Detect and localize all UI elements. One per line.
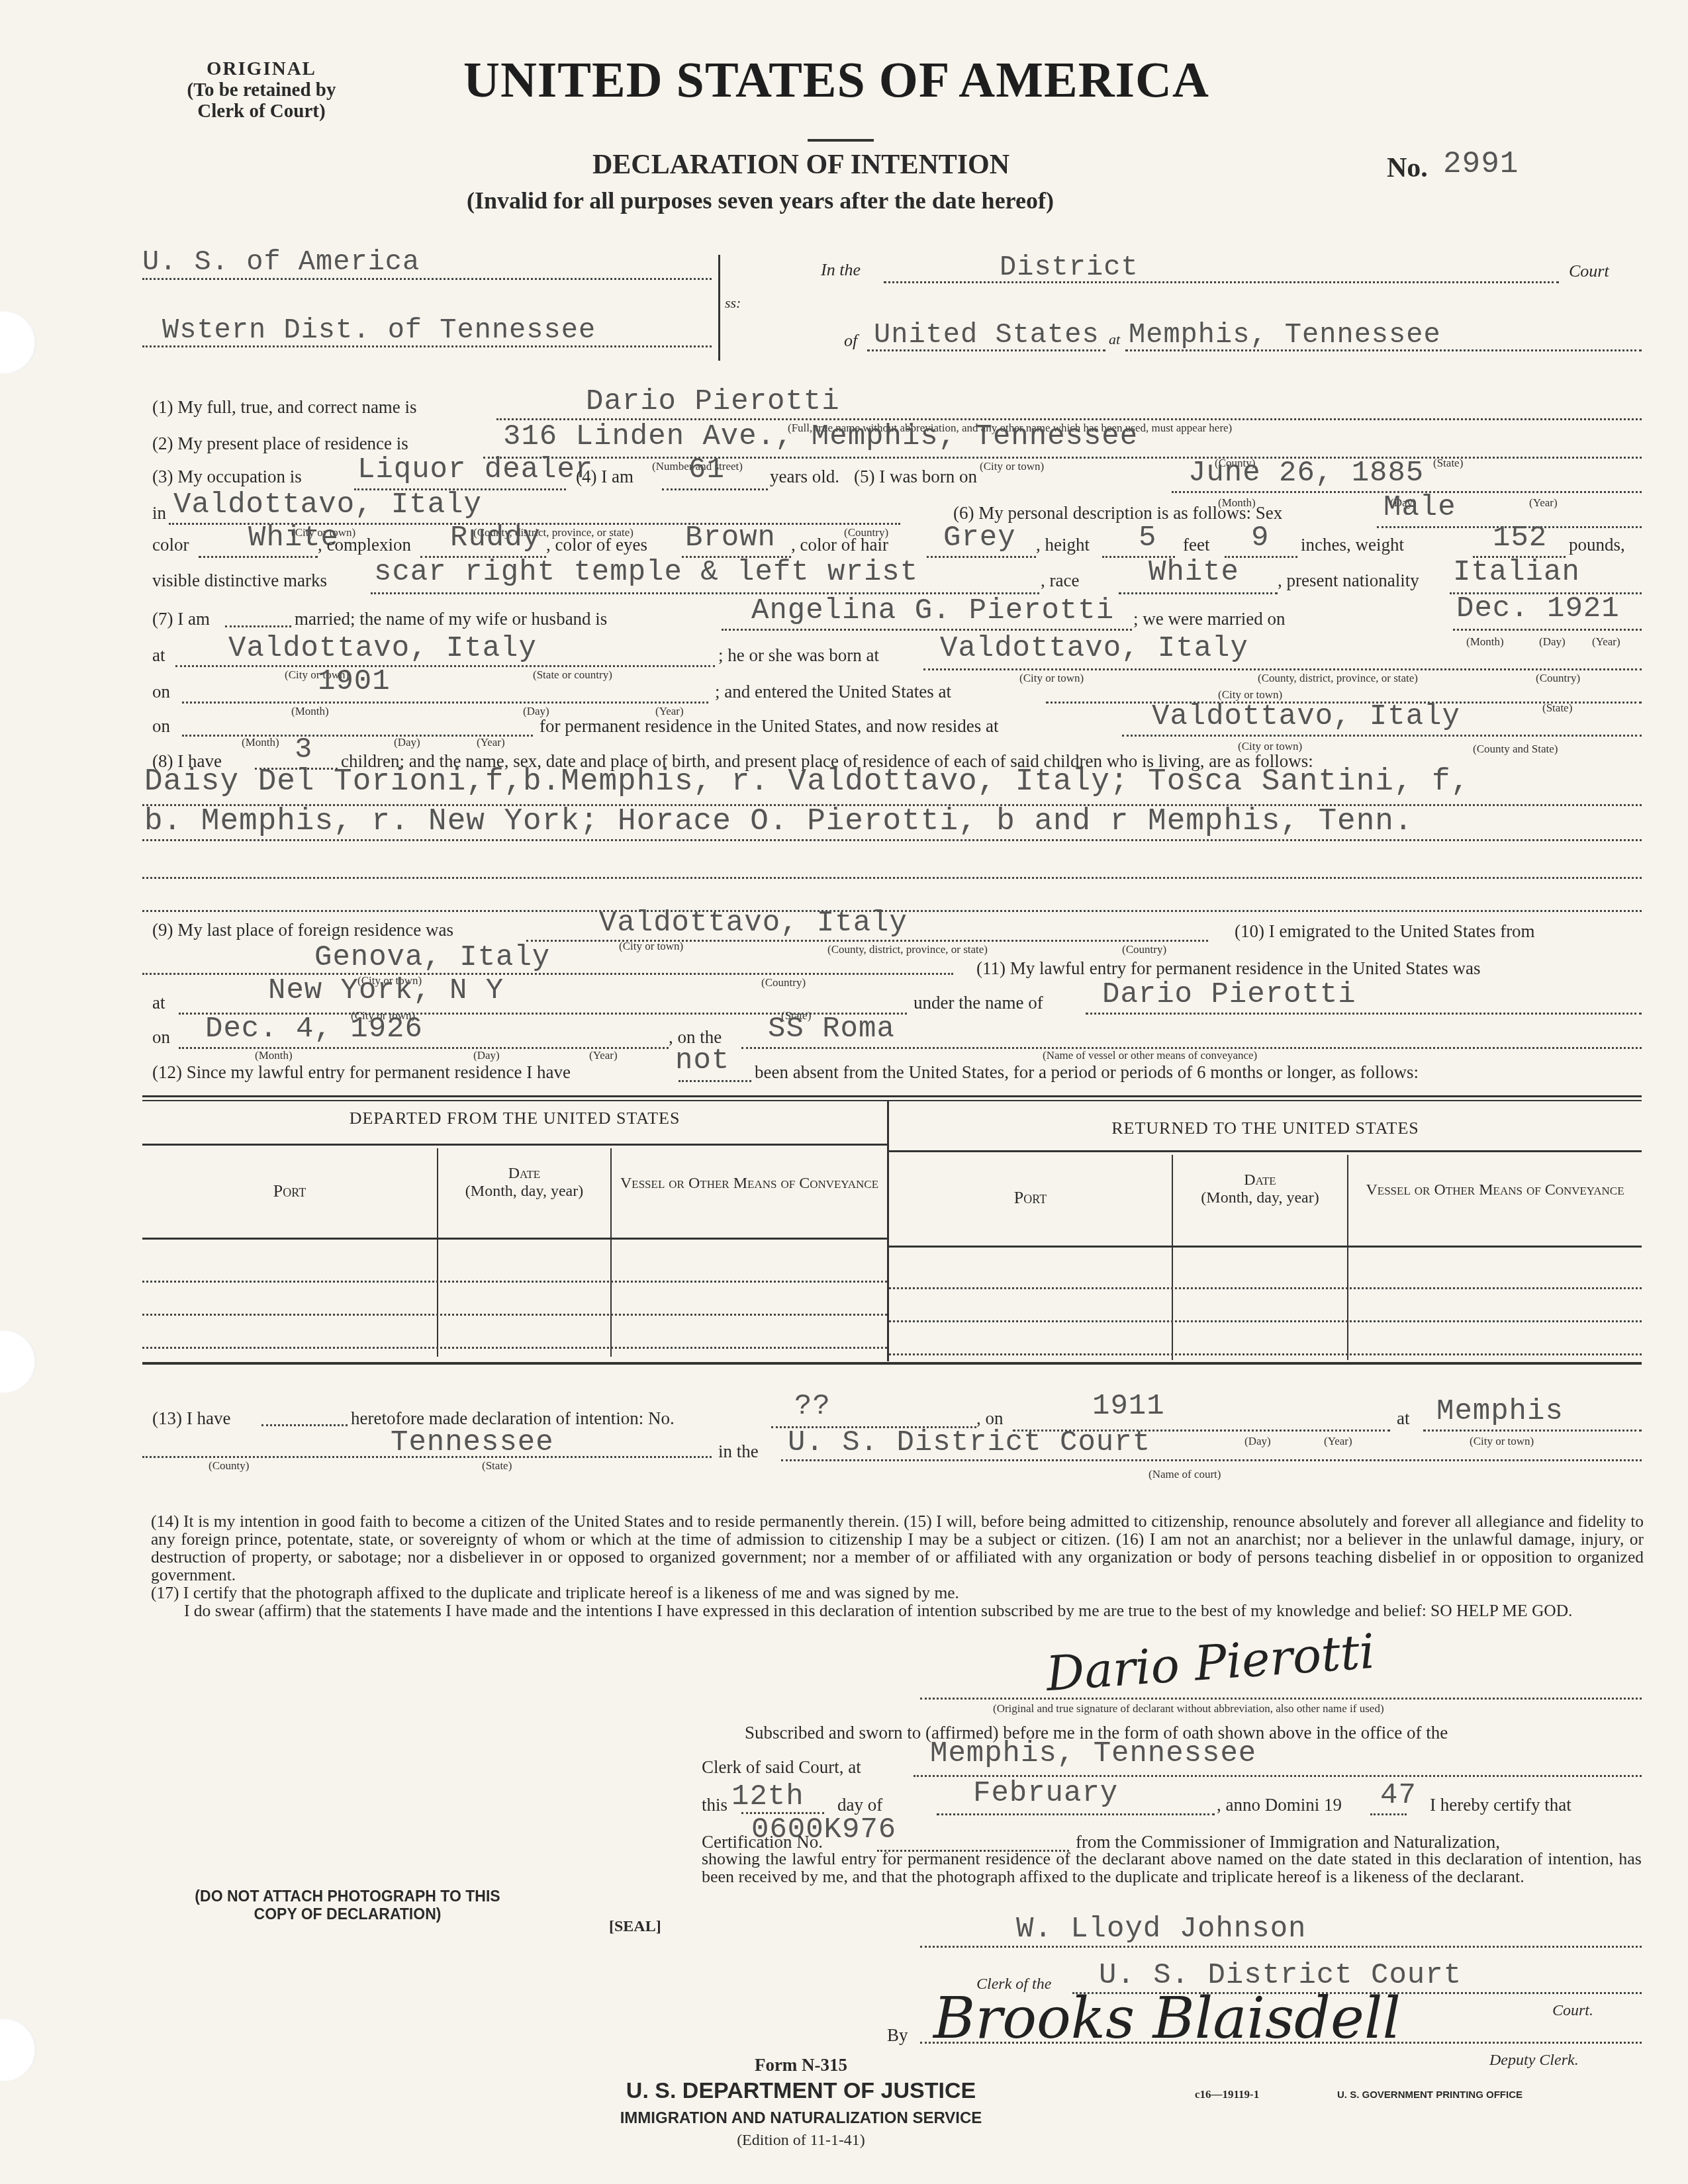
caption: (County, district, province, or state) xyxy=(827,943,988,956)
birth-date: June 26, 1885 xyxy=(1188,457,1424,490)
swear-paragraph: I do swear (affirm) that the statements … xyxy=(151,1602,1644,1619)
q7-married-label: married; the name of my wife or husband … xyxy=(295,609,607,629)
q4-label: (4) I am xyxy=(576,467,633,487)
weight: 152 xyxy=(1493,522,1547,555)
hair-color: Grey xyxy=(943,522,1016,555)
caption: (Day) xyxy=(1244,1435,1271,1448)
eyes-label: , color of eyes xyxy=(546,535,647,555)
form-subtitle: DECLARATION OF INTENTION xyxy=(592,149,1009,181)
validity-note: (Invalid for all purposes seven years af… xyxy=(467,187,1054,214)
number-label: No. xyxy=(1387,152,1428,184)
day-of-label: day of xyxy=(837,1795,882,1815)
sworn-year: 47 xyxy=(1380,1779,1417,1812)
q4-suffix: years old. xyxy=(770,467,839,487)
children-line-1: Daisy Del Torioni,f,b.Memphis, r. Valdot… xyxy=(144,764,1470,799)
certify-label: I hereby certify that xyxy=(1430,1795,1571,1815)
caption: (Year) xyxy=(477,736,505,749)
caption: (Day) xyxy=(473,1049,500,1062)
col-port: Port xyxy=(889,1188,1172,1208)
caption: (City or town) xyxy=(980,460,1044,473)
caption: (State or country) xyxy=(533,668,612,682)
q12-label: (12) Since my lawful entry for permanent… xyxy=(152,1062,571,1083)
caption: (City or town) xyxy=(1470,1435,1534,1448)
photo-note: (DO NOT ATTACH PHOTOGRAPH TO THIS COPY O… xyxy=(142,1888,553,1923)
caption: (State) xyxy=(1433,457,1463,470)
col-date: Date (Month, day, year) xyxy=(1173,1171,1347,1207)
col-port: Port xyxy=(142,1181,437,1201)
children-count: 3 xyxy=(295,733,312,766)
permanent-residence-label: for permanent residence in the United St… xyxy=(539,716,999,737)
punch-hole xyxy=(0,311,36,374)
returned-header: RETURNED TO THE UNITED STATES xyxy=(889,1118,1642,1138)
court-label: Court xyxy=(1569,261,1609,281)
color-label: color xyxy=(152,535,189,555)
entered-label: ; and entered the United States at xyxy=(715,682,951,702)
caption: (Year) xyxy=(1529,496,1558,510)
caption: (Name of vessel or other means of convey… xyxy=(1043,1049,1257,1062)
q1-label: (1) My full, true, and correct name is xyxy=(152,397,417,418)
caption: (Year) xyxy=(1324,1435,1352,1448)
of-label: of xyxy=(844,331,857,351)
caption: (County, district, province, or state) xyxy=(1258,672,1418,685)
sworn-month: February xyxy=(973,1777,1118,1810)
in-the-label: In the xyxy=(821,260,861,280)
spouse-birthplace: Valdottavo, Italy xyxy=(940,632,1248,665)
deputy-clerk-label: Deputy Clerk. xyxy=(1489,2052,1579,2070)
q11-label: (11) My lawful entry for permanent resid… xyxy=(976,958,1481,979)
nationality: Italian xyxy=(1453,556,1580,589)
vessel: SS Roma xyxy=(768,1013,895,1046)
clerk-at-label: Clerk of said Court, at xyxy=(702,1757,861,1778)
spouse-residence: Valdottavo, Italy xyxy=(1152,700,1460,733)
full-name: Dario Pierotti xyxy=(586,385,840,418)
signature-caption: (Original and true signature of declaran… xyxy=(993,1702,1384,1715)
caption: (City or town) xyxy=(1019,672,1084,685)
departed-header: DEPARTED FROM THE UNITED STATES xyxy=(142,1109,887,1128)
venue-country: U. S. of America xyxy=(142,246,420,278)
marriage-place: Valdottavo, Italy xyxy=(228,632,537,665)
pounds-label: pounds, xyxy=(1569,535,1625,555)
spouse-name: Angelina G. Pierotti xyxy=(751,594,1114,627)
in-label: in xyxy=(152,503,166,523)
court-type: District xyxy=(1000,251,1139,283)
q12-label-b: been absent from the United States, for … xyxy=(755,1062,1419,1083)
q7-label: (7) I am xyxy=(152,609,210,629)
height-inches: 9 xyxy=(1251,522,1269,555)
certification-paragraph: showing the lawful entry for permanent r… xyxy=(702,1850,1642,1886)
at-label: at xyxy=(1397,1408,1410,1429)
this-label: this xyxy=(702,1795,727,1815)
prior-declaration-number: ?? xyxy=(794,1390,831,1423)
q5-label: (5) I was born on xyxy=(854,467,977,487)
absent-value: not xyxy=(675,1044,729,1077)
feet-label: feet xyxy=(1183,535,1209,555)
form-footer: Form N-315 U. S. DEPARTMENT OF JUSTICE I… xyxy=(556,2055,1046,2150)
caption: (Year) xyxy=(1592,635,1620,649)
complexion: Ruddy xyxy=(450,522,541,555)
race: White xyxy=(1149,556,1239,589)
emigrated-from: Genova, Italy xyxy=(314,941,550,974)
married-on-label: ; we were married on xyxy=(1133,609,1285,629)
declarant-signature: Dario Pierotti xyxy=(1045,1623,1377,1702)
printer-label: U. S. GOVERNMENT PRINTING OFFICE xyxy=(1337,2089,1523,2101)
q10-label: (10) I emigrated to the United States fr… xyxy=(1235,921,1535,942)
caption: (Month) xyxy=(291,705,329,718)
q9-label: (9) My last place of foreign residence w… xyxy=(152,920,453,940)
residence: 316 Linden Ave., Memphis, Tennessee xyxy=(503,420,1138,453)
oath-paragraph: (14) It is my intention in good faith to… xyxy=(151,1512,1644,1584)
eye-color: Brown xyxy=(685,522,776,555)
prior-declaration-city: Memphis xyxy=(1436,1395,1564,1428)
birth-place: Valdottavo, Italy xyxy=(173,488,482,522)
complexion-label: , complexion xyxy=(318,535,411,555)
height-feet: 5 xyxy=(1139,522,1156,555)
court-location: Memphis, Tennessee xyxy=(1129,319,1441,351)
last-foreign-residence: Valdottavo, Italy xyxy=(599,907,908,940)
q13-label: (13) I have xyxy=(152,1408,230,1429)
title-rule xyxy=(808,139,874,142)
document-title: UNITED STATES OF AMERICA xyxy=(463,52,1209,109)
children-line-2: b. Memphis, r. New York; Horace O. Piero… xyxy=(144,804,1413,839)
at-label: at xyxy=(152,993,165,1013)
at-label: at xyxy=(1109,331,1120,348)
caption: (Day) xyxy=(1539,635,1566,649)
height-label: , height xyxy=(1036,535,1090,555)
clerk-location: Memphis, Tennessee xyxy=(930,1737,1256,1770)
under-name-label: under the name of xyxy=(914,993,1043,1013)
prior-declaration-date: 1911 xyxy=(1092,1390,1165,1423)
distinctive-marks: scar right temple & left wrist xyxy=(374,556,918,589)
q2-label: (2) My present place of residence is xyxy=(152,433,408,454)
clerk-name: W. Lloyd Johnson xyxy=(1016,1913,1306,1946)
col-vessel: Vessel or Other Means of Conveyance xyxy=(1348,1181,1642,1199)
caption: (Month) xyxy=(242,736,279,749)
inches-label: inches, weight xyxy=(1301,535,1404,555)
original-label: ORIGINAL (To be retained by Clerk of Cou… xyxy=(142,58,381,122)
age: 61 xyxy=(688,453,725,486)
anno-domini-label: , anno Domini 19 xyxy=(1217,1795,1342,1815)
caption: (Month) xyxy=(255,1049,293,1062)
declaration-number: 2991 xyxy=(1443,147,1519,181)
caption: (City or town) xyxy=(1218,688,1282,702)
occupation: Liquor dealer xyxy=(357,453,593,486)
entry-name: Dario Pierotti xyxy=(1102,978,1356,1011)
caption: (County and State) xyxy=(1473,743,1558,756)
on-label: on xyxy=(152,682,170,702)
seal-label: [SEAL] xyxy=(609,1918,661,1936)
caption: (City or town) xyxy=(619,940,683,953)
caption: (State) xyxy=(1542,702,1572,715)
marks-label: visible distinctive marks xyxy=(152,570,327,591)
venue-bracket xyxy=(718,255,720,361)
race-label: , race xyxy=(1041,570,1079,591)
punch-hole xyxy=(0,2019,36,2081)
marriage-date: Dec. 1921 xyxy=(1456,592,1620,625)
prior-declaration-court: U. S. District Court xyxy=(788,1426,1150,1459)
sworn-day: 12th xyxy=(731,1780,804,1813)
caption: (Country) xyxy=(1122,943,1166,956)
col-vessel: Vessel or Other Means of Conveyance xyxy=(612,1175,887,1193)
punch-hole xyxy=(0,1330,36,1393)
ss-label: ss: xyxy=(725,295,741,312)
court-suffix: Court. xyxy=(1552,2002,1593,2020)
photo-certification: (17) I certify that the photograph affix… xyxy=(151,1584,1644,1602)
spouse-birth-date: 1901 xyxy=(318,665,391,698)
caption: (Month) xyxy=(1466,635,1504,649)
print-code: c16—19119-1 xyxy=(1195,2088,1259,2101)
q6-label: (6) My personal description is as follow… xyxy=(953,503,1282,523)
caption: (Name of court) xyxy=(1149,1468,1221,1481)
caption: (Country) xyxy=(761,976,806,989)
q3-label: (3) My occupation is xyxy=(152,467,302,487)
entry-port: New York, N Y xyxy=(268,974,504,1007)
certification-number: 0600K976 xyxy=(751,1813,896,1846)
spouse-born-label: ; he or she was born at xyxy=(718,645,879,666)
sex: Male xyxy=(1383,491,1456,524)
prior-declaration-state: Tennessee xyxy=(391,1426,554,1459)
hair-label: , color of hair xyxy=(791,535,888,555)
court-of: United States xyxy=(874,319,1100,351)
col-date: Date (Month, day, year) xyxy=(438,1165,610,1201)
on-label: on xyxy=(152,1027,170,1048)
nationality-label: , present nationality xyxy=(1278,570,1419,591)
entry-date: Dec. 4, 1926 xyxy=(205,1013,423,1046)
venue-district: Wstern Dist. of Tennessee xyxy=(162,314,596,346)
on-label: on xyxy=(152,716,170,737)
caption: (County) xyxy=(209,1459,249,1473)
caption: (State) xyxy=(482,1459,512,1473)
caption: (Year) xyxy=(589,1049,618,1062)
caption: (Country) xyxy=(1536,672,1580,685)
in-the-label: in the xyxy=(718,1441,759,1462)
at-label: at xyxy=(152,645,165,666)
by-label: By xyxy=(887,2025,908,2046)
caption: (Day) xyxy=(394,736,420,749)
